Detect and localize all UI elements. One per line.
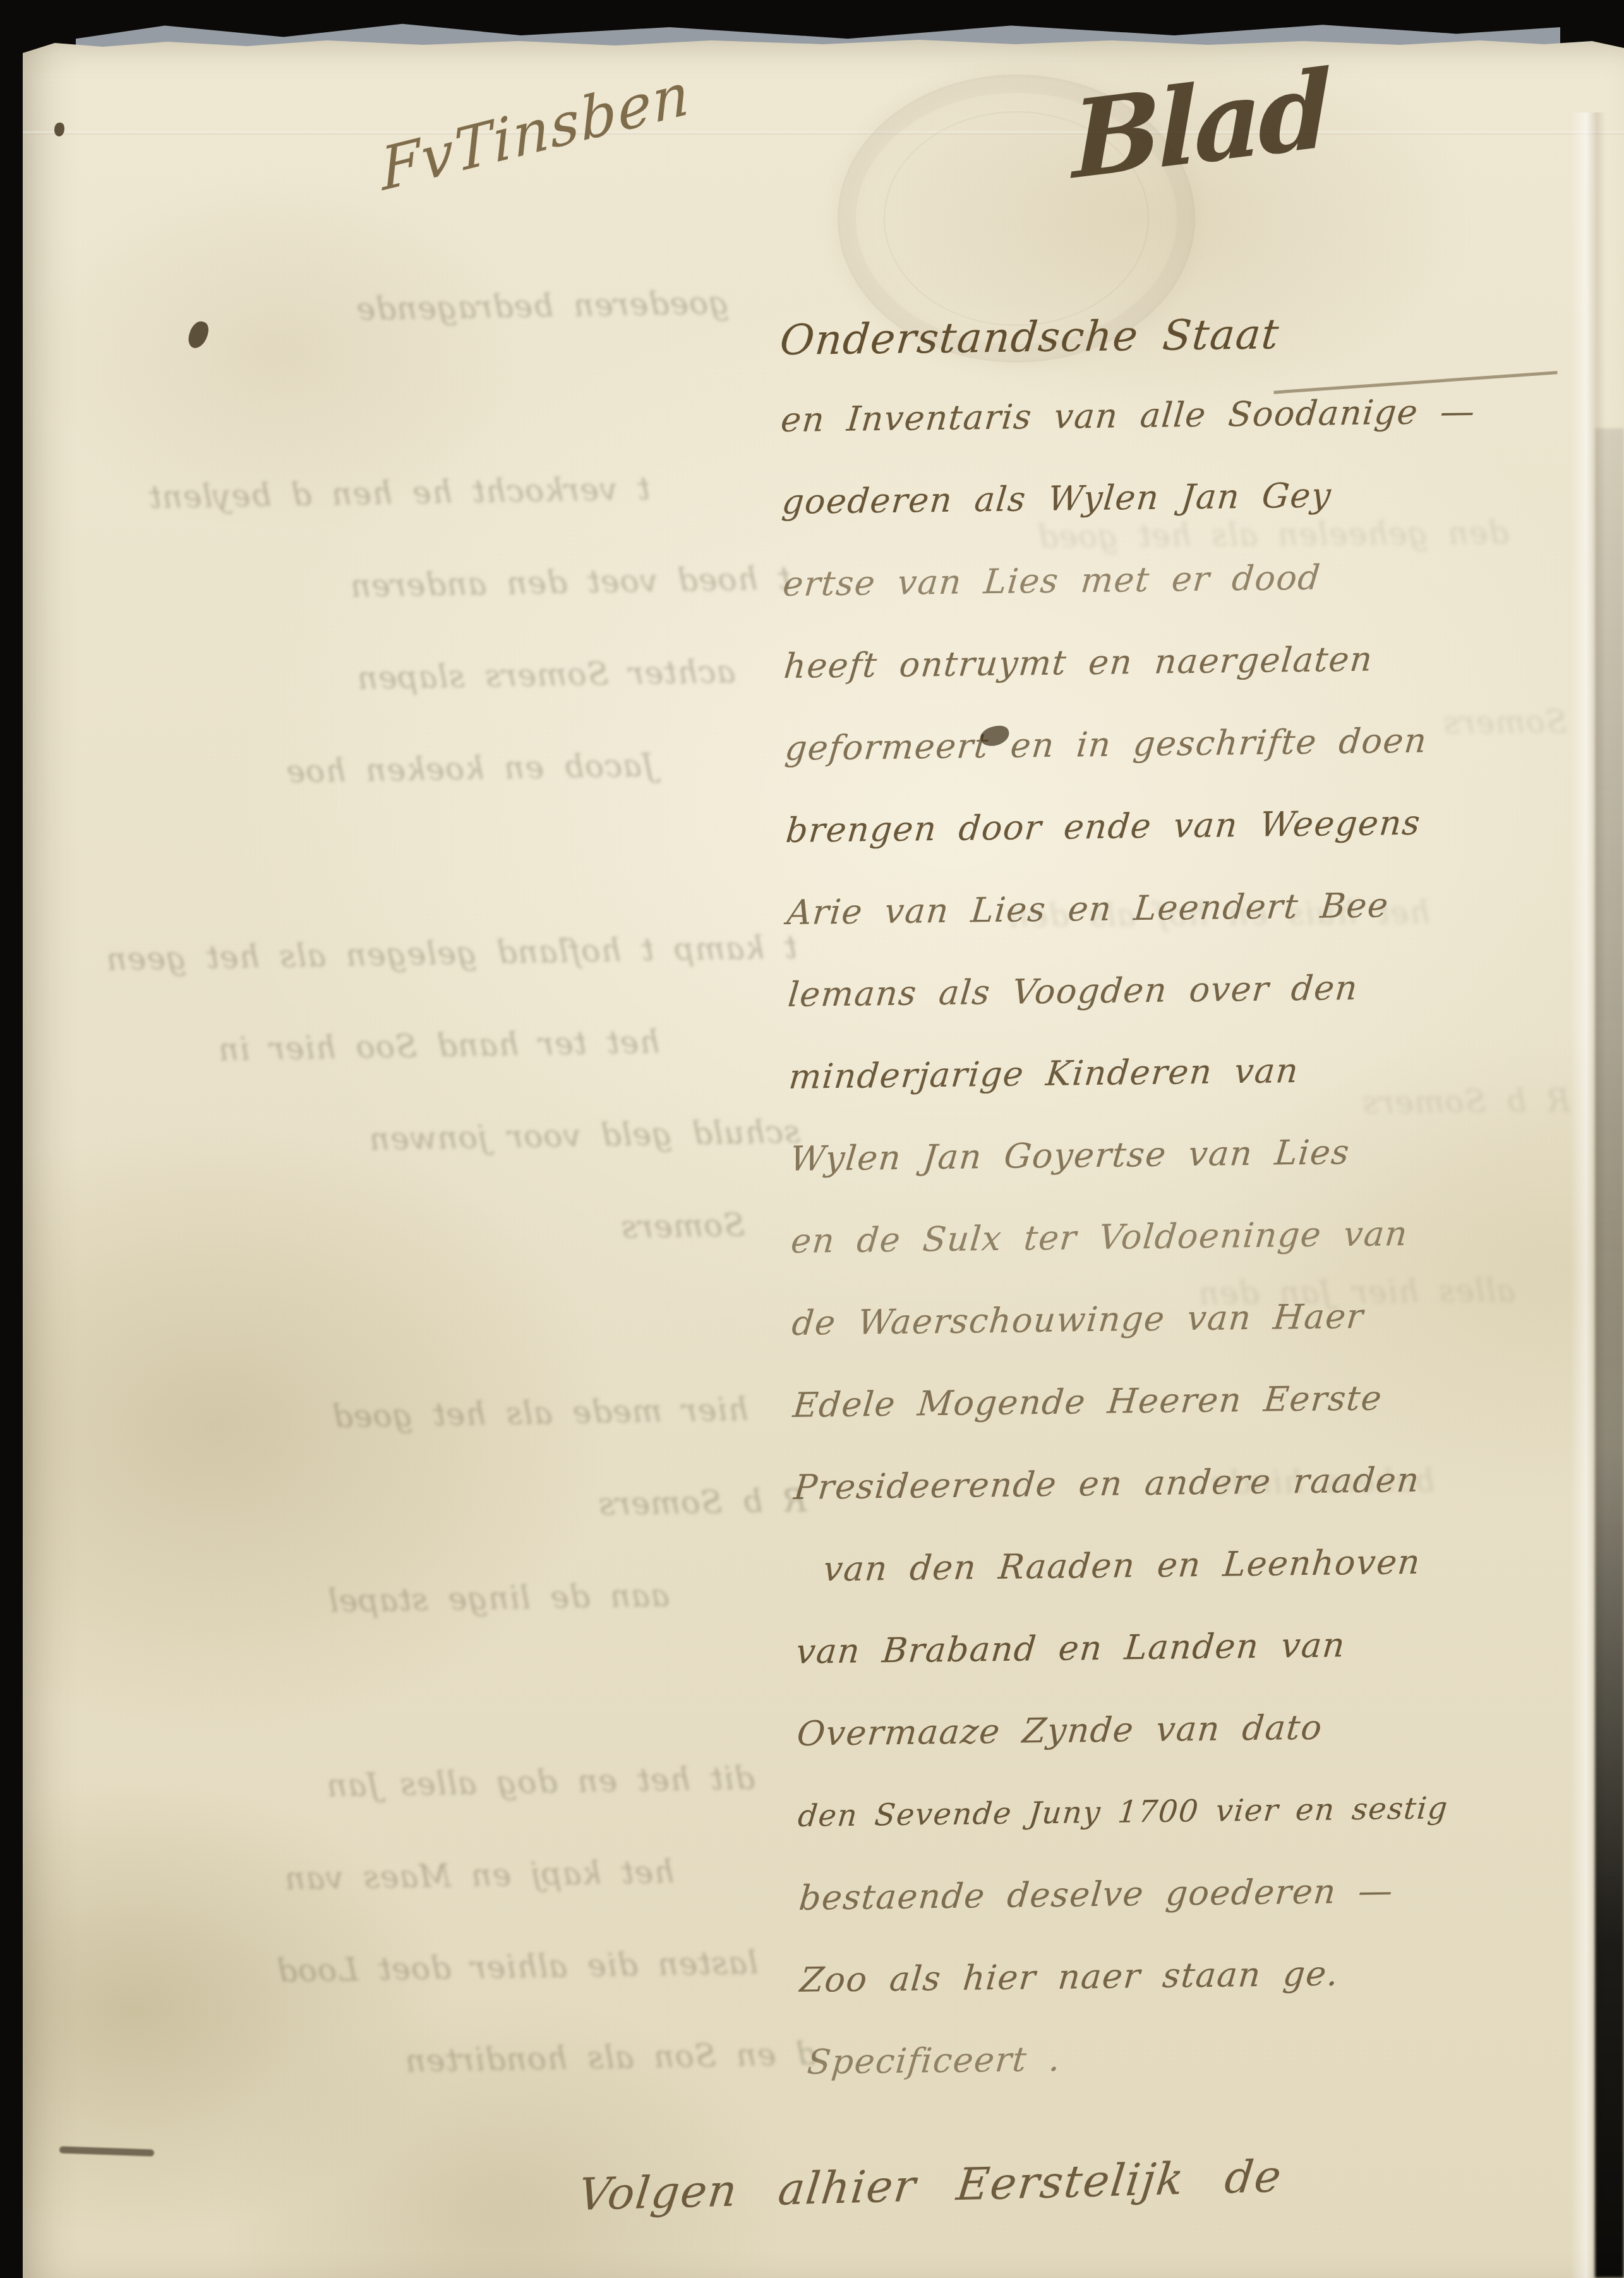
bleedthrough-line: R b Somers — [39, 1481, 807, 1533]
text-line: Specificeert . — [806, 2034, 1624, 2081]
text-line: bestaende deselve goederen — — [797, 1870, 1621, 1917]
text-line: goederen als Wylen Jan Gey — [780, 474, 1604, 521]
bleedthrough-line: Jacob en koeken hoe — [26, 746, 655, 795]
horizontal-fold-line — [23, 131, 1624, 135]
ink-dash-mark — [59, 2146, 154, 2156]
bleedthrough-line: aan de linge stapel — [40, 1576, 670, 1625]
text-line: brengen door ende van Weegens — [785, 802, 1609, 849]
text-line: Overmaaze Zynde van dato — [795, 1706, 1620, 1752]
text-line: Zoo als hier naer staan ge. — [798, 1952, 1623, 1999]
text-line: heeft ontruymt en naergelaten — [783, 638, 1607, 685]
text-line: en Inventaris van alle Soodanige — — [779, 392, 1604, 438]
text-line: den Sevende Juny 1700 vier en sestig — [797, 1788, 1621, 1835]
bleedthrough-line: dit het en dog alles Jan — [44, 1759, 755, 1810]
text-line: Edele Mogende Heeren Eerste — [791, 1377, 1616, 1424]
bleedthrough-line — [28, 837, 739, 888]
bleedthrough-line — [20, 375, 788, 426]
text-line: Arie van Lies en Leendert Bee — [785, 884, 1609, 931]
bleedthrough-line: hier mede als het goed — [37, 1390, 749, 1441]
text-line: Onderstandsche Staat — [778, 310, 1603, 361]
bleedthrough-line: t hoed voet den anderen — [23, 560, 791, 611]
main-text-block: Onderstandsche Staaten Inventaris van al… — [780, 310, 1623, 2126]
bleedthrough-line: het ter hand Soo hier in — [31, 1023, 660, 1071]
scan-background: FvTinsben Blad goederen bedragendet verk… — [0, 0, 1624, 2278]
text-line: ertse van Lies met er dood — [781, 556, 1606, 603]
closing-line: Volgen alhier Eerstelijk de — [576, 2146, 1591, 2217]
bleedthrough-line: het kapj en Maes van — [45, 1853, 675, 1901]
bleedthrough-line: t verkocht he hen d beylent — [21, 469, 651, 518]
bleedthrough-line: Somers — [34, 1206, 745, 1257]
right-edge-shadow — [1595, 428, 1624, 2278]
bleedthrough-line: achter Somers slapen — [25, 653, 736, 703]
manuscript-page: FvTinsben Blad goederen bedragendet verk… — [23, 37, 1624, 2278]
text-line: en de Sulx ter Voldoeninge van — [790, 1213, 1614, 1260]
text-line: minderjarige Kinderen van — [788, 1049, 1612, 1095]
text-line: de Waerschouwinge van Haer — [790, 1295, 1615, 1342]
text-line: Presideerende en andere raaden — [792, 1459, 1616, 1506]
bleedthrough-text-left: goederen bedragendet verkocht he hen d b… — [18, 283, 818, 2141]
text-line: van Braband en Landen van — [795, 1624, 1619, 1670]
bleedthrough-line — [42, 1666, 810, 1717]
text-line: Wylen Jan Goyertse van Lies — [788, 1131, 1613, 1178]
text-line: geformeert en in geschrifte doen — [783, 720, 1608, 767]
clerk-signature: FvTinsben — [379, 64, 692, 200]
text-line: van den Raaden en Leenhoven — [822, 1541, 1618, 1588]
bleedthrough-line: lasten die alhier doet Lood — [47, 1944, 758, 1994]
bleedthrough-line: goederen bedragende — [18, 284, 730, 334]
bleedthrough-line: schuld geld voor jonwen — [33, 1112, 801, 1164]
text-line: lemans als Voogden over den — [786, 967, 1611, 1013]
bleedthrough-line: d en Son als hondirten — [49, 2035, 817, 2086]
bleedthrough-line — [36, 1299, 665, 1348]
bleedthrough-line: t kamp t hofland gelegen als het geen — [29, 928, 797, 979]
folio-flourish-mark: Blad — [1071, 56, 1329, 194]
